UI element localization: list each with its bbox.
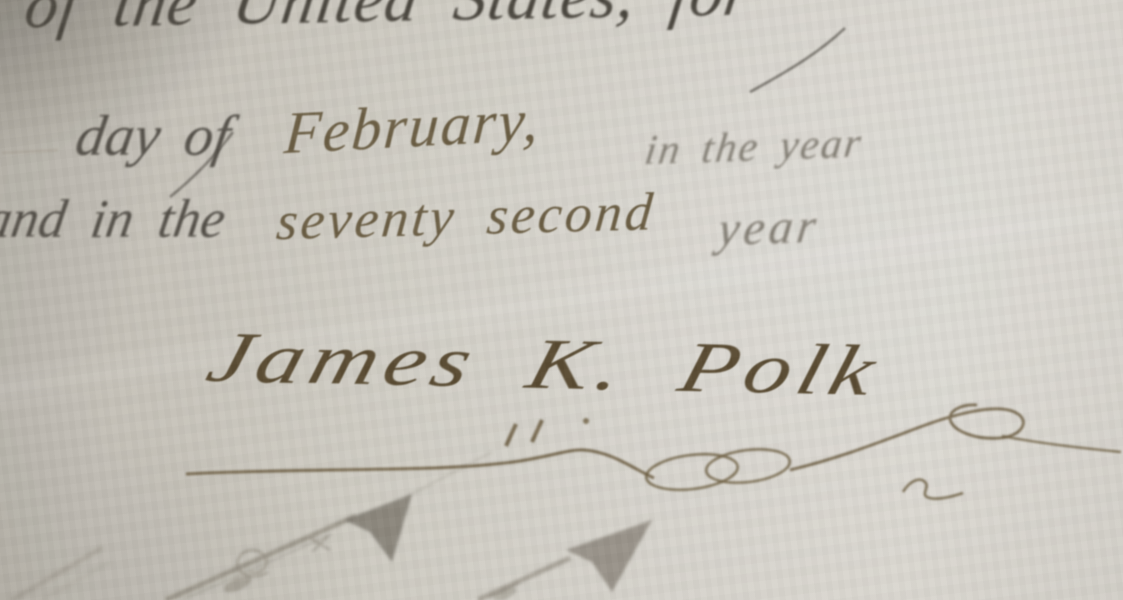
day-number-blank-line xyxy=(2,150,58,153)
ink-flourish-underline xyxy=(186,405,1121,499)
document-photo: nt of the United States, for day of Febr… xyxy=(0,0,1123,600)
ink-and-engraving-overlay xyxy=(0,0,1123,600)
engraved-descender-strokes xyxy=(170,28,845,197)
engraved-arrowhead xyxy=(478,520,652,600)
engraved-corner-streak xyxy=(12,548,110,600)
